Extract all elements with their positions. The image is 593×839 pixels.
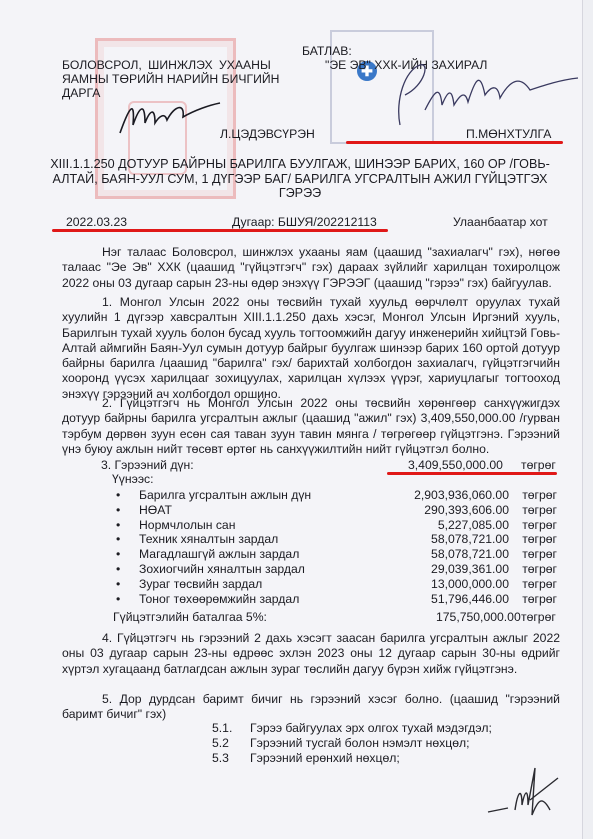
- bullet-icon: •: [116, 532, 120, 546]
- contract-title: XIII.1.1.250 ДОТУУР БАЙРНЫ БАРИЛГА БУУЛГ…: [40, 157, 560, 201]
- bullet-icon: •: [116, 518, 120, 532]
- cost-value: 51,796,446.00: [431, 592, 509, 606]
- item-number: 5.1.: [212, 721, 232, 735]
- cost-label: Тоног төхөөрөмжийн зардал: [139, 592, 299, 606]
- cost-value: 290,393,606.00: [424, 503, 509, 517]
- cost-component-row: •Нормчлолын сан5,227,085.00төгрөг: [112, 518, 557, 533]
- item-text: Гэрээний ерөнхий нөхцөл;: [250, 751, 400, 765]
- cost-component-row: •Барилга угсралтын ажлын дүн2,903,936,06…: [112, 488, 557, 503]
- cost-label: НӨАТ: [139, 503, 172, 517]
- cost-component-row: •НӨАТ290,393,606.00төгрөг: [112, 503, 557, 518]
- cost-component-row: •Техник хяналтын зардал58,078,721.00төгр…: [112, 532, 557, 547]
- bullet-icon: •: [116, 547, 120, 561]
- cost-label: Техник хяналтын зардал: [139, 532, 278, 546]
- contract-date: 2022.03.23: [66, 215, 127, 230]
- cost-value: 58,078,721.00: [431, 532, 509, 546]
- cost-currency: төгрөг: [522, 547, 557, 561]
- cost-label: Магадлашгүй ажлын зардал: [139, 547, 299, 561]
- bullet-icon: •: [116, 503, 120, 517]
- components-label: Үүнээс:: [112, 472, 154, 487]
- highlight-underline: [387, 472, 557, 475]
- clause-1: 1. Монгол Улсын 2022 оны төсвийн тухай х…: [62, 295, 560, 402]
- right-signatory-name: П.МӨНХТУЛГА: [466, 127, 551, 142]
- bullet-icon: •: [116, 577, 120, 591]
- cost-value: 58,078,721.00: [431, 547, 509, 561]
- initials-signature-icon: [480, 760, 560, 820]
- approve-label: БАТЛАВ:: [302, 44, 352, 59]
- clause-5: 5. Дор дурдсан баримт бичиг нь гэрээний …: [62, 692, 560, 723]
- title-line1: XIII.1.1.250 ДОТУУР БАЙРНЫ БАРИЛГА БУУЛГ…: [40, 157, 560, 172]
- highlight-underline: [52, 229, 388, 232]
- cost-component-row: •Магадлашгүй ажлын зардал58,078,721.00тө…: [112, 547, 557, 562]
- right-signature-icon: [380, 60, 580, 130]
- item-text: Гэрээний тусгай болон нэмэлт нөхцөл;: [250, 736, 470, 750]
- cost-label: Зураг төсвийн зардал: [139, 577, 262, 591]
- cost-currency: төгрөг: [522, 503, 557, 517]
- clause-4: 4. Гүйцэтгэгч нь гэрээний 2 дахь хэсэгт …: [62, 631, 560, 677]
- cost-currency: төгрөг: [522, 592, 557, 606]
- left-signatory-title-line1: БОЛОВСРОЛ, ШИНЖЛЭХ УХААНЫ: [62, 58, 271, 73]
- left-signature-icon: [115, 95, 225, 140]
- item-number: 5.3: [212, 751, 229, 765]
- cost-value: 13,000,000.00: [431, 577, 509, 591]
- left-signatory-title-line3: ДАРГА: [62, 86, 100, 101]
- cost-currency: төгрөг: [522, 562, 557, 576]
- cost-label: Зохиогчийн хяналтын зардал: [139, 562, 305, 576]
- bullet-icon: •: [116, 562, 120, 576]
- cost-currency: төгрөг: [522, 488, 557, 502]
- cost-label: Барилга угсралтын ажлын дүн: [139, 488, 311, 502]
- contract-amount-value: 3,409,550,000.00: [408, 458, 503, 473]
- left-signatory-name: Л.ЦЭДЭВСҮРЭН: [220, 127, 315, 142]
- guarantee-label: Гүйцэтгэлийн баталгаа 5%:: [113, 610, 267, 625]
- cost-value: 5,227,085.00: [438, 518, 509, 532]
- title-line2: АЛТАЙ, БАЯН-УУЛ СУМ, 1 ДҮГЭЭР БАГ/ БАРИЛ…: [40, 172, 560, 187]
- contract-amount-currency: төгрөг: [521, 458, 556, 473]
- cost-value: 29,039,361.00: [431, 562, 509, 576]
- bullet-icon: •: [116, 592, 120, 606]
- contract-amount-label: 3. Гэрээний дүн:: [101, 458, 194, 473]
- document-page: ✚ БАТЛАВ: БОЛОВСРОЛ, ШИНЖЛЭХ УХААНЫ ЯАМН…: [0, 0, 583, 839]
- cost-currency: төгрөг: [522, 577, 557, 591]
- cost-component-row: •Зураг төсвийн зардал13,000,000.00төгрөг: [112, 577, 557, 592]
- cost-component-row: •Зохиогчийн хяналтын зардал29,039,361.00…: [112, 562, 557, 577]
- cost-currency: төгрөг: [522, 518, 557, 532]
- intro-paragraph: Нэг талаас Боловсрол, шинжлэх ухааны яам…: [62, 245, 560, 291]
- clause-2: 2. Гүйцэтгэгч нь Монгол Улсын 2022 оны т…: [62, 396, 560, 457]
- guarantee-value: 175,750,000.00: [436, 610, 521, 625]
- highlight-underline: [346, 141, 563, 144]
- item-number: 5.2: [212, 736, 229, 750]
- item-text: Гэрээ байгуулах эрх олгох тухай мэдэгдэл…: [250, 721, 492, 735]
- cost-label: Нормчлолын сан: [139, 518, 235, 532]
- contract-place: Улаанбаатар хот: [453, 215, 548, 230]
- cost-value: 2,903,936,060.00: [414, 488, 509, 502]
- left-signatory-title-line2: ЯАМНЫ ТӨРИЙН НАРИЙН БИЧГИЙН: [62, 72, 279, 87]
- contract-number: Дугаар: БШУЯ/202212113: [232, 215, 377, 230]
- cost-currency: төгрөг: [522, 532, 557, 546]
- bullet-icon: •: [116, 488, 120, 502]
- title-line3: ГЭРЭЭ: [40, 186, 560, 201]
- cost-component-row: •Тоног төхөөрөмжийн зардал51,796,446.00т…: [112, 592, 557, 607]
- guarantee-currency: төгрөг: [521, 610, 556, 625]
